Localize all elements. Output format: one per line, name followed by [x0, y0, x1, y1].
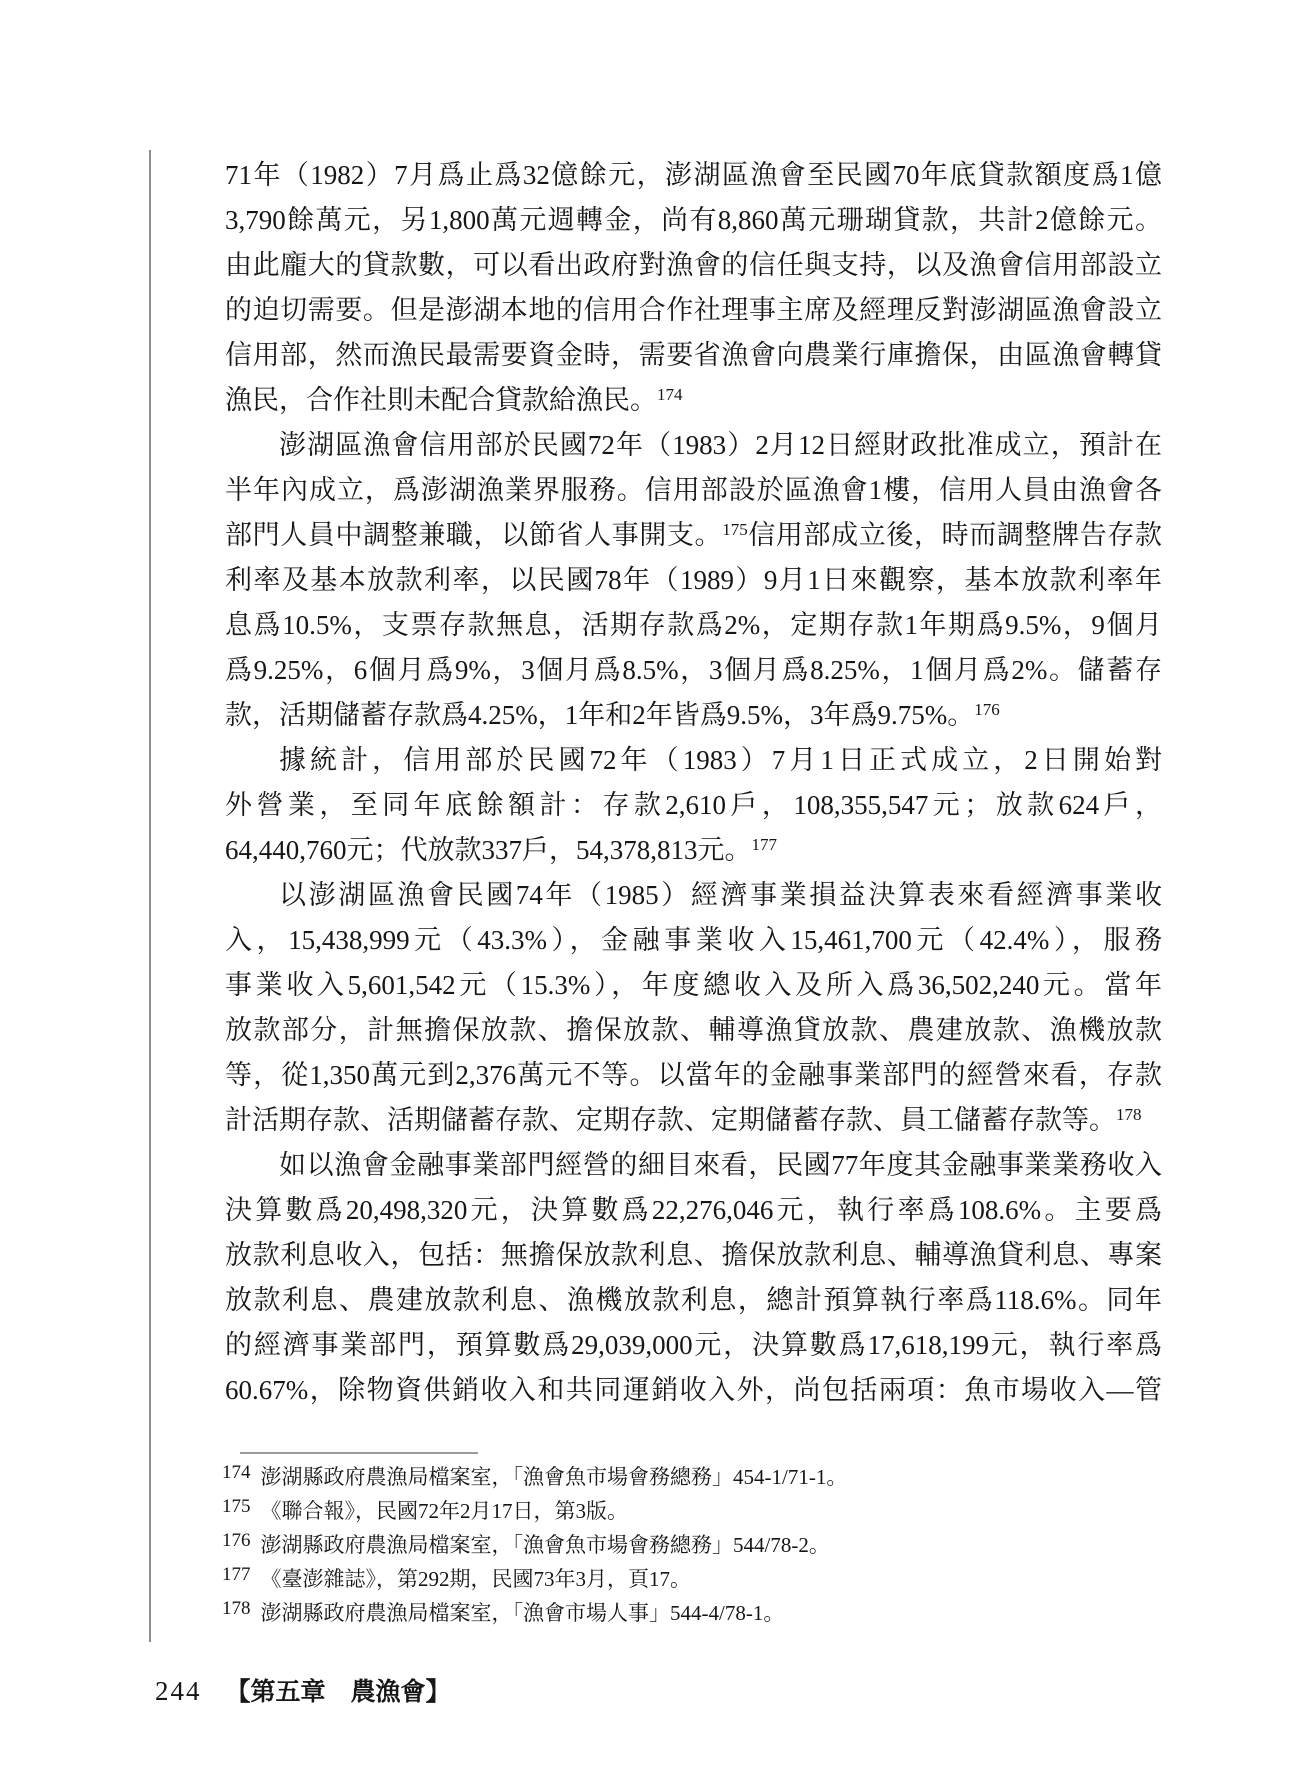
body-text-segment: 等，從1,350萬元到2,376萬元不等。以當年的金融事業部門的經營來看，存款	[225, 1060, 1162, 1090]
footnote-number: 178	[222, 1598, 251, 1619]
body-text-segment: 的經濟事業部門，預算數爲29,039,000元，決算數爲17,618,199元，…	[225, 1330, 1162, 1360]
footnote-text: 澎湖縣政府農漁局檔案室，「漁會市場人事」544-4/78-1。	[261, 1601, 785, 1625]
body-text-segment: 據統計，信用部於民國72年（1983）7月1日正式成立，2日開始對	[279, 745, 1162, 775]
body-line: 澎湖區漁會信用部於民國72年（1983）2月12日經財政批准成立，預計在	[225, 423, 1162, 468]
footnote-item: 174澎湖縣政府農漁局檔案室，「漁會魚市場會務總務」454-1/71-1。	[222, 1460, 1142, 1494]
body-line: 款，活期儲蓄存款爲4.25%，1年和2年皆爲9.5%，3年爲9.75%。176	[225, 693, 1162, 738]
footnote-item: 177《臺澎雜誌》，第292期，民國73年3月，頁17。	[222, 1562, 1142, 1596]
footnote-text: 澎湖縣政府農漁局檔案室，「漁會魚市場會務總務」544/78-2。	[261, 1533, 830, 1557]
body-line: 64,440,760元；代放款337戶，54,378,813元。177	[225, 828, 1162, 873]
body-text-segment: 放款利息收入，包括：無擔保放款利息、擔保放款利息、輔導漁貸利息、專案	[225, 1240, 1162, 1270]
footnote-ref: 178	[1116, 1105, 1142, 1124]
body-text-segment: 放款部分，計無擔保放款、擔保放款、輔導漁貸放款、農建放款、漁機放款	[225, 1015, 1162, 1045]
footnote-ref: 177	[752, 835, 778, 854]
body-text-segment: 信用部成立後，時而調整牌告存款	[748, 520, 1162, 550]
body-line: 以澎湖區漁會民國74年（1985）經濟事業損益決算表來看經濟事業收	[225, 873, 1162, 918]
footnote-item: 178澎湖縣政府農漁局檔案室，「漁會市場人事」544-4/78-1。	[222, 1596, 1142, 1630]
footnote-text: 《臺澎雜誌》，第292期，民國73年3月，頁17。	[261, 1567, 692, 1591]
body-line: 利率及基本放款利率，以民國78年（1989）9月1日來觀察，基本放款利率年	[225, 558, 1162, 603]
body-line: 決算數爲20,498,320元，決算數爲22,276,046元，執行率爲108.…	[225, 1188, 1162, 1233]
footnote-separator	[240, 1452, 478, 1454]
footnote-item: 175《聯合報》，民國72年2月17日，第3版。	[222, 1494, 1142, 1528]
footnote-number: 175	[222, 1496, 251, 1517]
body-line: 入，15,438,999元（43.3%），金融事業收入15,461,700元（4…	[225, 918, 1162, 963]
body-text-segment: 放款利息、農建放款利息、漁機放款利息，總計預算執行率爲118.6%。同年	[225, 1285, 1162, 1315]
footnote-text: 澎湖縣政府農漁局檔案室，「漁會魚市場會務總務」454-1/71-1。	[261, 1465, 848, 1489]
body-text-segment: 爲9.25%，6個月爲9%，3個月爲8.5%，3個月爲8.25%，1個月爲2%。…	[225, 655, 1162, 685]
footnote-item: 176澎湖縣政府農漁局檔案室，「漁會魚市場會務總務」544/78-2。	[222, 1528, 1142, 1562]
footnote-ref: 176	[974, 700, 1000, 719]
body-line: 計活期存款、活期儲蓄存款、定期存款、定期儲蓄存款、員工儲蓄存款等。178	[225, 1098, 1162, 1143]
body-text-segment: 如以漁會金融事業部門經營的細目來看，民國77年度其金融事業業務收入	[279, 1150, 1162, 1180]
body-text: 71年（1982）7月爲止爲32億餘元，澎湖區漁會至民國70年底貸款額度爲1億3…	[225, 153, 1162, 1413]
body-text-segment: 款，活期儲蓄存款爲4.25%，1年和2年皆爲9.5%，3年爲9.75%。	[225, 700, 974, 730]
body-text-segment: 由此龐大的貸款數，可以看出政府對漁會的信任與支持，以及漁會信用部設立	[225, 250, 1162, 280]
body-line: 3,790餘萬元，另1,800萬元週轉金，尚有8,860萬元珊瑚貸款，共計2億餘…	[225, 198, 1162, 243]
body-line: 爲9.25%，6個月爲9%，3個月爲8.5%，3個月爲8.25%，1個月爲2%。…	[225, 648, 1162, 693]
body-line: 由此龐大的貸款數，可以看出政府對漁會的信任與支持，以及漁會信用部設立	[225, 243, 1162, 288]
body-line: 如以漁會金融事業部門經營的細目來看，民國77年度其金融事業業務收入	[225, 1143, 1162, 1188]
body-line: 事業收入5,601,542元（15.3%），年度總收入及所入爲36,502,24…	[225, 963, 1162, 1008]
book-page: 71年（1982）7月爲止爲32億餘元，澎湖區漁會至民國70年底貸款額度爲1億3…	[0, 0, 1300, 1779]
body-line: 放款利息、農建放款利息、漁機放款利息，總計預算執行率爲118.6%。同年	[225, 1278, 1162, 1323]
body-line: 外營業，至同年底餘額計：存款2,610戶，108,355,547元；放款624戶…	[225, 783, 1162, 828]
body-text-segment: 利率及基本放款利率，以民國78年（1989）9月1日來觀察，基本放款利率年	[225, 565, 1162, 595]
body-line: 放款利息收入，包括：無擔保放款利息、擔保放款利息、輔導漁貸利息、專案	[225, 1233, 1162, 1278]
body-text-segment: 漁民，合作社則未配合貸款給漁民。	[225, 385, 657, 415]
body-line: 漁民，合作社則未配合貸款給漁民。174	[225, 378, 1162, 423]
body-text-segment: 部門人員中調整兼職，以節省人事開支。	[225, 520, 722, 550]
footnote-number: 177	[222, 1564, 251, 1585]
body-text-segment: 入，15,438,999元（43.3%），金融事業收入15,461,700元（4…	[225, 925, 1162, 955]
body-line: 部門人員中調整兼職，以節省人事開支。175信用部成立後，時而調整牌告存款	[225, 513, 1162, 558]
body-line: 等，從1,350萬元到2,376萬元不等。以當年的金融事業部門的經營來看，存款	[225, 1053, 1162, 1098]
body-line: 息爲10.5%，支票存款無息，活期存款爲2%，定期存款1年期爲9.5%，9個月	[225, 603, 1162, 648]
body-text-segment: 3,790餘萬元，另1,800萬元週轉金，尚有8,860萬元珊瑚貸款，共計2億餘…	[225, 205, 1162, 235]
body-line: 71年（1982）7月爲止爲32億餘元，澎湖區漁會至民國70年底貸款額度爲1億	[225, 153, 1162, 198]
left-margin-rule	[149, 150, 151, 1642]
page-number: 244	[155, 1676, 202, 1706]
footnote-ref: 175	[722, 520, 748, 539]
body-text-segment: 信用部，然而漁民最需要資金時，需要省漁會向農業行庫擔保，由區漁會轉貸	[225, 340, 1162, 370]
body-text-segment: 外營業，至同年底餘額計：存款2,610戶，108,355,547元；放款624戶…	[225, 790, 1162, 820]
chapter-title: 【第五章 農漁會】	[226, 1679, 451, 1706]
body-text-segment: 決算數爲20,498,320元，決算數爲22,276,046元，執行率爲108.…	[225, 1195, 1162, 1225]
body-text-segment: 半年內成立，爲澎湖漁業界服務。信用部設於區漁會1樓，信用人員由漁會各	[225, 475, 1162, 505]
body-line: 放款部分，計無擔保放款、擔保放款、輔導漁貸放款、農建放款、漁機放款	[225, 1008, 1162, 1053]
body-line: 據統計，信用部於民國72年（1983）7月1日正式成立，2日開始對	[225, 738, 1162, 783]
footnotes-list: 174澎湖縣政府農漁局檔案室，「漁會魚市場會務總務」454-1/71-1。175…	[222, 1460, 1142, 1630]
body-line: 半年內成立，爲澎湖漁業界服務。信用部設於區漁會1樓，信用人員由漁會各	[225, 468, 1162, 513]
page-footer: 244【第五章 農漁會】	[155, 1672, 451, 1708]
body-line: 信用部，然而漁民最需要資金時，需要省漁會向農業行庫擔保，由區漁會轉貸	[225, 333, 1162, 378]
body-text-segment: 以澎湖區漁會民國74年（1985）經濟事業損益決算表來看經濟事業收	[279, 880, 1162, 910]
footnote-text: 《聯合報》，民國72年2月17日，第3版。	[261, 1499, 629, 1523]
footnote-number: 174	[222, 1462, 251, 1483]
body-text-segment: 60.67%，除物資供銷收入和共同運銷收入外，尚包括兩項：魚市場收入—管	[225, 1375, 1162, 1405]
body-line: 的迫切需要。但是澎湖本地的信用合作社理事主席及經理反對澎湖區漁會設立	[225, 288, 1162, 333]
body-text-segment: 64,440,760元；代放款337戶，54,378,813元。	[225, 835, 752, 865]
body-text-segment: 71年（1982）7月爲止爲32億餘元，澎湖區漁會至民國70年底貸款額度爲1億	[225, 160, 1162, 190]
body-text-segment: 的迫切需要。但是澎湖本地的信用合作社理事主席及經理反對澎湖區漁會設立	[225, 295, 1162, 325]
body-line: 60.67%，除物資供銷收入和共同運銷收入外，尚包括兩項：魚市場收入—管	[225, 1368, 1162, 1413]
body-text-segment: 息爲10.5%，支票存款無息，活期存款爲2%，定期存款1年期爲9.5%，9個月	[225, 610, 1162, 640]
body-text-segment: 澎湖區漁會信用部於民國72年（1983）2月12日經財政批准成立，預計在	[279, 430, 1162, 460]
body-text-segment: 事業收入5,601,542元（15.3%），年度總收入及所入爲36,502,24…	[225, 970, 1162, 1000]
body-text-segment: 計活期存款、活期儲蓄存款、定期存款、定期儲蓄存款、員工儲蓄存款等。	[225, 1105, 1116, 1135]
footnote-number: 176	[222, 1530, 251, 1551]
body-line: 的經濟事業部門，預算數爲29,039,000元，決算數爲17,618,199元，…	[225, 1323, 1162, 1368]
footnote-ref: 174	[657, 385, 683, 404]
